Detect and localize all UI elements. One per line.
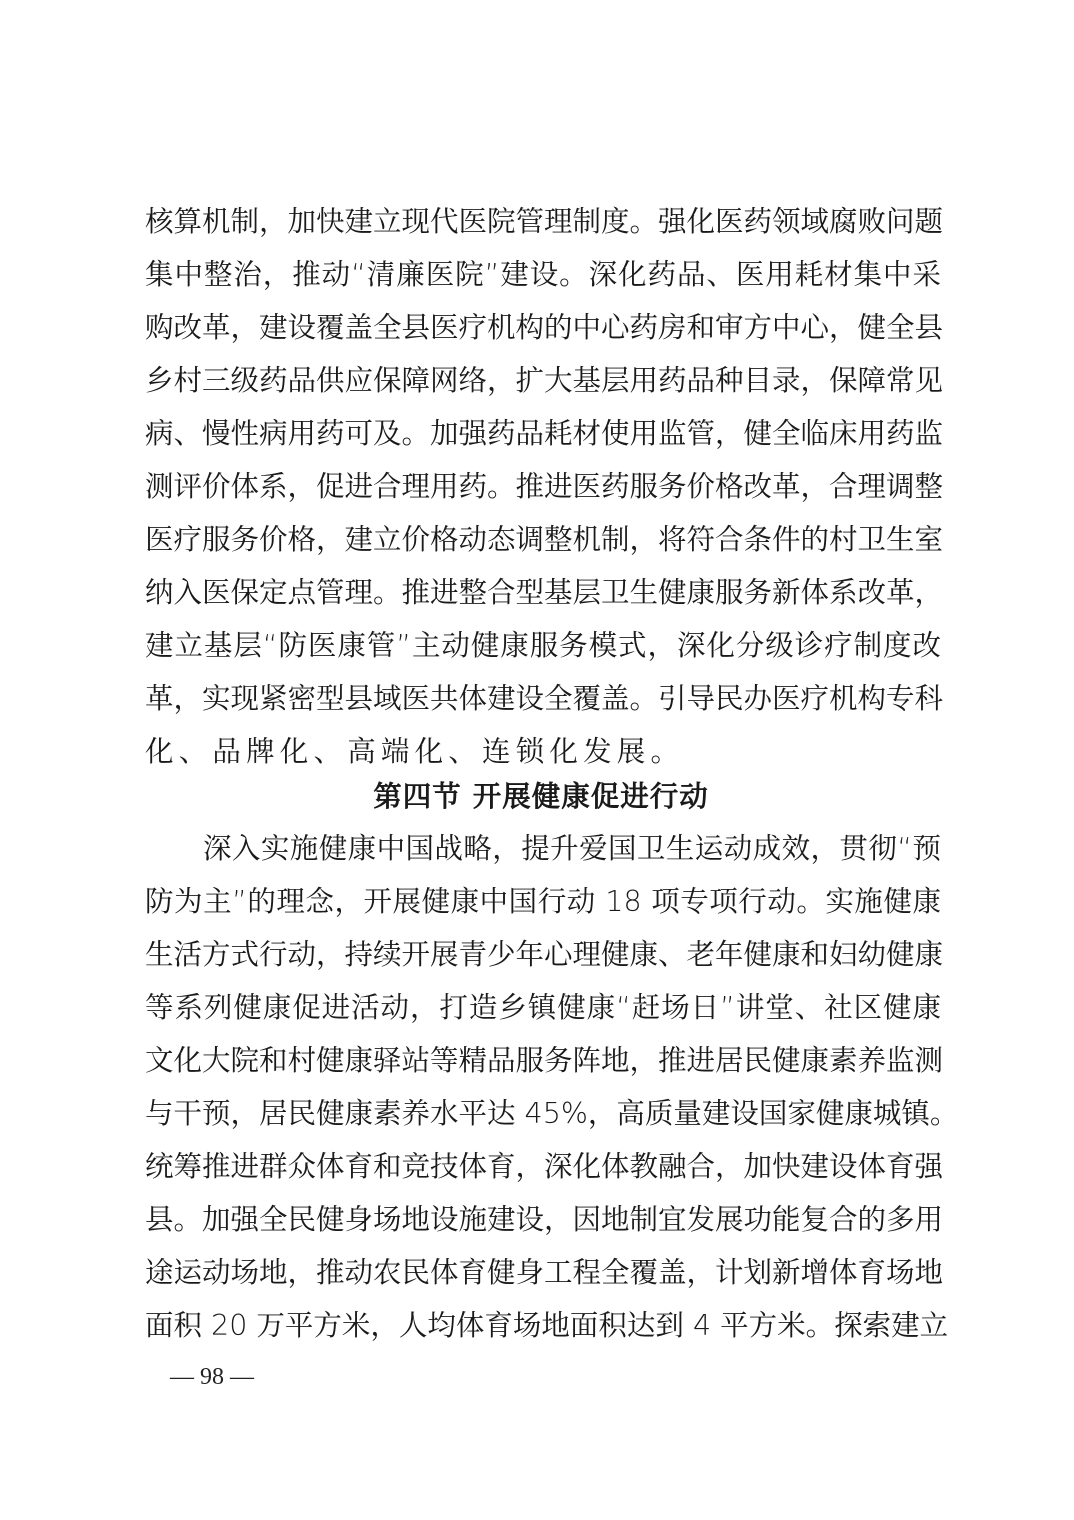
- text-line: 统筹推进群众体育和竞技体育，深化体教融合，加快建设体育强: [145, 1147, 941, 1187]
- text-line: 等系列健康促进活动，打造乡镇健康“赶场日”讲堂、社区健康: [145, 988, 941, 1028]
- section-heading: 第四节 开展健康促进行动: [0, 774, 1074, 818]
- text-line: 核算机制，加快建立现代医院管理制度。强化医药领域腐败问题: [145, 202, 941, 242]
- text-line: 纳入医保定点管理。推进整合型基层卫生健康服务新体系改革，: [145, 573, 941, 613]
- text-line: 乡村三级药品供应保障网络，扩大基层用药品种目录，保障常见: [145, 361, 941, 401]
- text-line: 集中整治，推动“清廉医院”建设。深化药品、医用耗材集中采: [145, 255, 941, 295]
- text-line: 测评价体系，促进合理用药。推进医药服务价格改革，合理调整: [145, 467, 941, 507]
- text-line: 革，实现紧密型县域医共体建设全覆盖。引导民办医疗机构专科: [145, 679, 941, 719]
- text-line: 文化大院和村健康驿站等精品服务阵地，推进居民健康素养监测: [145, 1041, 941, 1081]
- text-line: 面积 20 万平方米，人均体育场地面积达到 4 平方米。探索建立: [145, 1306, 941, 1346]
- text-line: 医疗服务价格，建立价格动态调整机制，将符合条件的村卫生室: [145, 520, 941, 560]
- text-line: 与干预，居民健康素养水平达 45%，高质量建设国家健康城镇。: [145, 1094, 941, 1134]
- text-line: 化、品牌化、高端化、连锁化发展。: [145, 732, 941, 772]
- text-line: 病、慢性病用药可及。加强药品耗材使用监管，健全临床用药监: [145, 414, 941, 454]
- text-line: 县。加强全民健身场地设施建设，因地制宜发展功能复合的多用: [145, 1200, 941, 1240]
- text-line: 深入实施健康中国战略，提升爱国卫生运动成效，贯彻“预: [203, 829, 941, 869]
- text-line: 购改革，建设覆盖全县医疗机构的中心药房和审方中心，健全县: [145, 308, 941, 348]
- page-number: — 98 —: [170, 1361, 254, 1393]
- text-line: 途运动场地，推动农民体育健身工程全覆盖，计划新增体育场地: [145, 1253, 941, 1293]
- text-line: 建立基层“防医康管”主动健康服务模式，深化分级诊疗制度改: [145, 626, 941, 666]
- text-line: 生活方式行动，持续开展青少年心理健康、老年健康和妇幼健康: [145, 935, 941, 975]
- document-page: 核算机制，加快建立现代医院管理制度。强化医药领域腐败问题 集中整治，推动“清廉医…: [0, 0, 1074, 1520]
- text-line: 防为主”的理念，开展健康中国行动 18 项专项行动。实施健康: [145, 882, 941, 922]
